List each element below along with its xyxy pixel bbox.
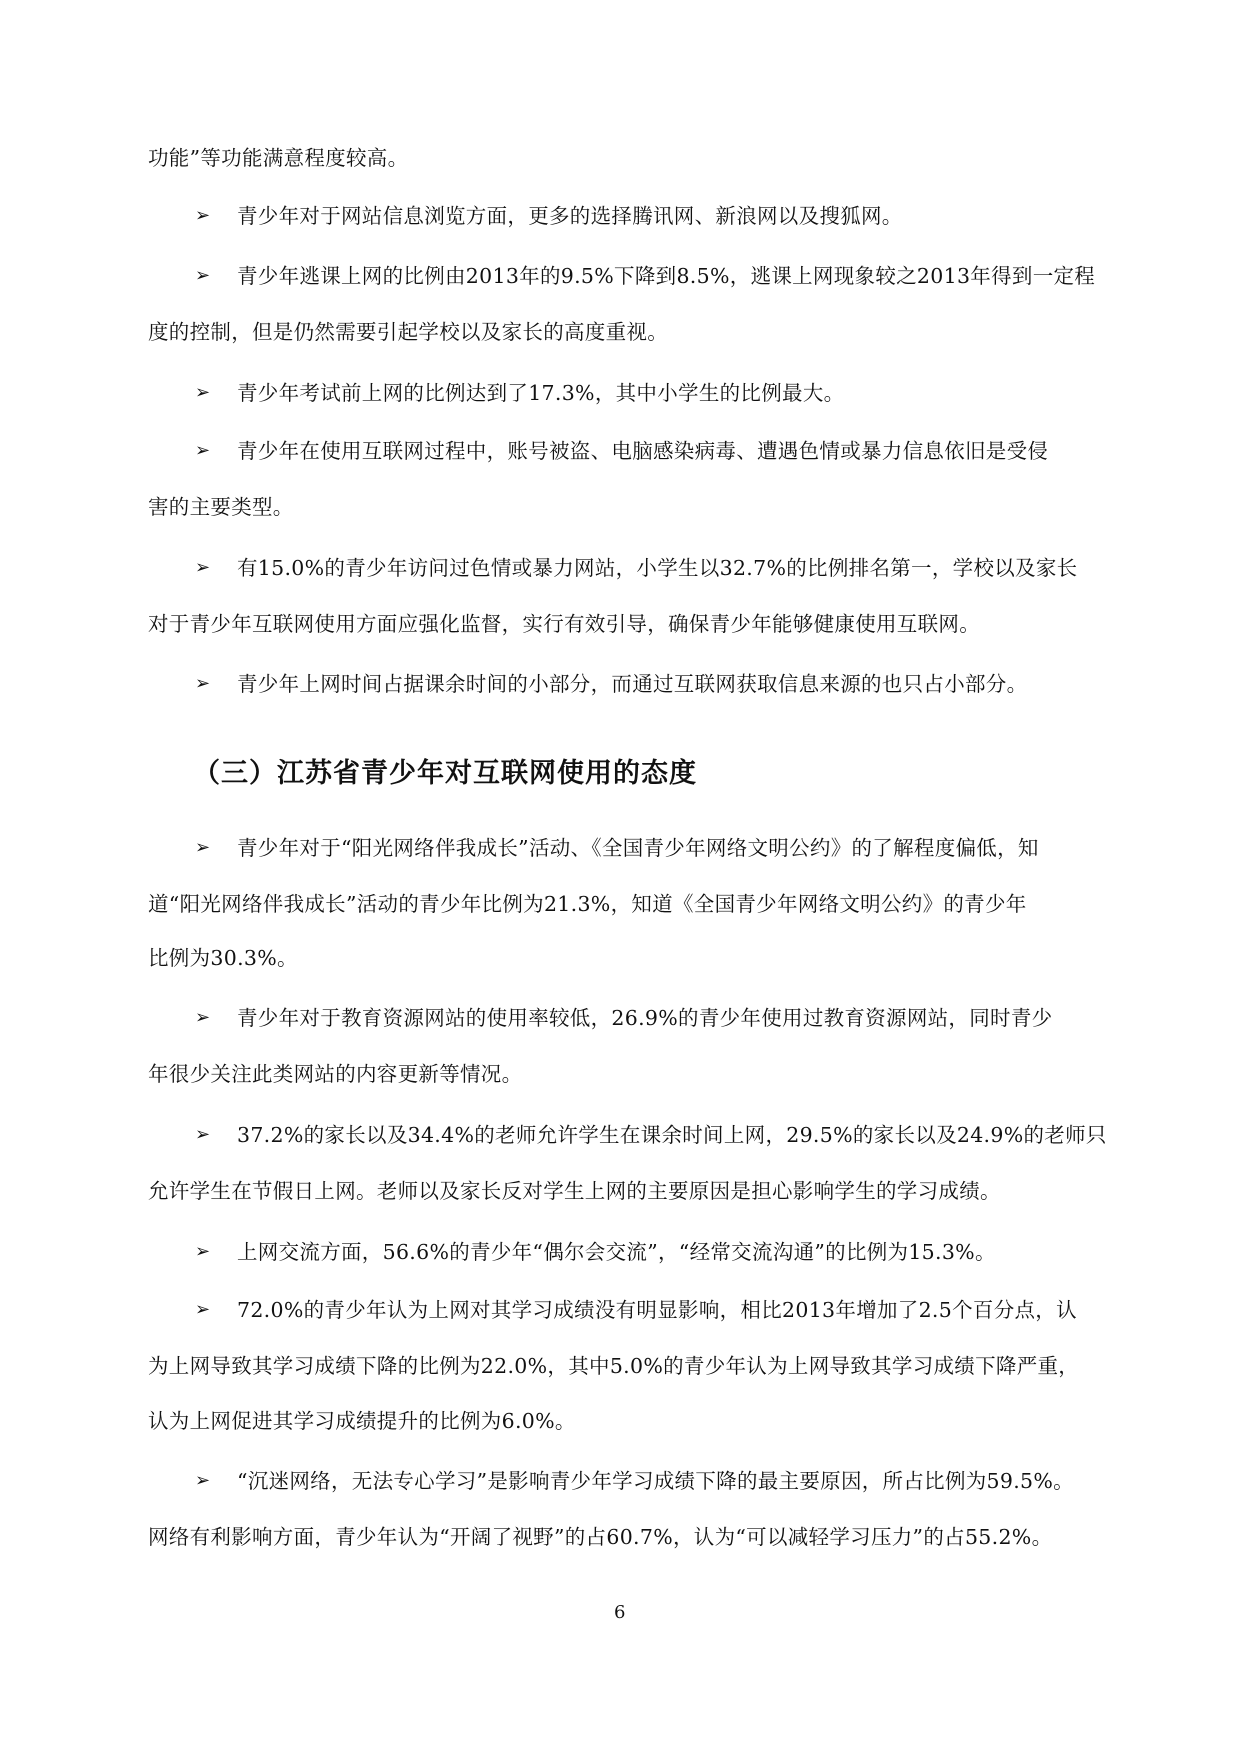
- bullet-text-cont: 比例为30.3%。: [148, 943, 298, 973]
- bullet-text: “沉迷网络，无法专心学习”是影响青少年学习成绩下降的最主要原因，所占比例为59.…: [237, 1466, 1074, 1496]
- bullet-text: 青少年考试前上网的比例达到了17.3%，其中小学生的比例最大。: [237, 378, 844, 408]
- section-heading: （三）江苏省青少年对互联网使用的态度: [193, 756, 697, 792]
- arrow-bullet-icon: ➢: [195, 553, 210, 583]
- bullet-text-cont: 年很少关注此类网站的内容更新等情况。: [148, 1059, 522, 1089]
- bullet-text-cont: 网络有利影响方面，青少年认为“开阔了视野”的占60.7%，认为“可以减轻学习压力…: [148, 1522, 1052, 1552]
- bullet-text: 青少年对于教育资源网站的使用率较低，26.9%的青少年使用过教育资源网站，同时青…: [237, 1003, 1052, 1033]
- bullet-text: 有15.0%的青少年访问过色情或暴力网站，小学生以32.7%的比例排名第一，学校…: [237, 553, 1077, 583]
- bullet-text: 上网交流方面，56.6%的青少年“偶尔会交流”，“经常交流沟通”的比例为15.3…: [237, 1237, 996, 1267]
- arrow-bullet-icon: ➢: [195, 261, 210, 291]
- arrow-bullet-icon: ➢: [195, 1466, 210, 1496]
- bullet-text: 青少年在使用互联网过程中，账号被盗、电脑感染病毒、遭遇色情或暴力信息依旧是受侵: [237, 436, 1048, 466]
- bullet-text-cont: 为上网导致其学习成绩下降的比例为22.0%，其中5.0%的青少年认为上网导致其学…: [148, 1351, 1079, 1381]
- page-number: 6: [614, 1601, 625, 1625]
- continuation-text: 功能”等功能满意程度较高。: [148, 143, 408, 173]
- bullet-text-cont: 害的主要类型。: [148, 492, 294, 522]
- bullet-text: 青少年上网时间占据课余时间的小部分，而通过互联网获取信息来源的也只占小部分。: [237, 669, 1027, 699]
- arrow-bullet-icon: ➢: [195, 669, 210, 699]
- bullet-text-cont: 对于青少年互联网使用方面应强化监督，实行有效引导，确保青少年能够健康使用互联网。: [148, 609, 980, 639]
- arrow-bullet-icon: ➢: [195, 833, 210, 863]
- bullet-text-cont: 允许学生在节假日上网。老师以及家长反对学生上网的主要原因是担心影响学生的学习成绩…: [148, 1176, 1001, 1206]
- bullet-text: 青少年逃课上网的比例由2013年的9.5%下降到8.5%，逃课上网现象较之201…: [237, 261, 1095, 291]
- bullet-text: 37.2%的家长以及34.4%的老师允许学生在课余时间上网，29.5%的家长以及…: [237, 1120, 1107, 1150]
- arrow-bullet-icon: ➢: [195, 1295, 210, 1325]
- bullet-text-cont: 认为上网促进其学习成绩提升的比例为6.0%。: [148, 1406, 576, 1436]
- arrow-bullet-icon: ➢: [195, 378, 210, 408]
- bullet-text: 青少年对于网站信息浏览方面，更多的选择腾讯网、新浪网以及搜狐网。: [237, 201, 903, 231]
- arrow-bullet-icon: ➢: [195, 1237, 210, 1267]
- arrow-bullet-icon: ➢: [195, 201, 210, 231]
- bullet-text-cont: 道“阳光网络伴我成长”活动的青少年比例为21.3%，知道《全国青少年网络文明公约…: [148, 889, 1027, 919]
- bullet-text: 青少年对于“阳光网络伴我成长”活动、《全国青少年网络文明公约》的了解程度偏低，知: [237, 833, 1039, 863]
- bullet-text-cont: 度的控制，但是仍然需要引起学校以及家长的高度重视。: [148, 317, 668, 347]
- arrow-bullet-icon: ➢: [195, 1120, 210, 1150]
- arrow-bullet-icon: ➢: [195, 436, 210, 466]
- document-page: 功能”等功能满意程度较高。 ➢ 青少年对于网站信息浏览方面，更多的选择腾讯网、新…: [0, 0, 1240, 1754]
- bullet-text: 72.0%的青少年认为上网对其学习成绩没有明显影响，相比2013年增加了2.5个…: [237, 1295, 1077, 1325]
- arrow-bullet-icon: ➢: [195, 1003, 210, 1033]
